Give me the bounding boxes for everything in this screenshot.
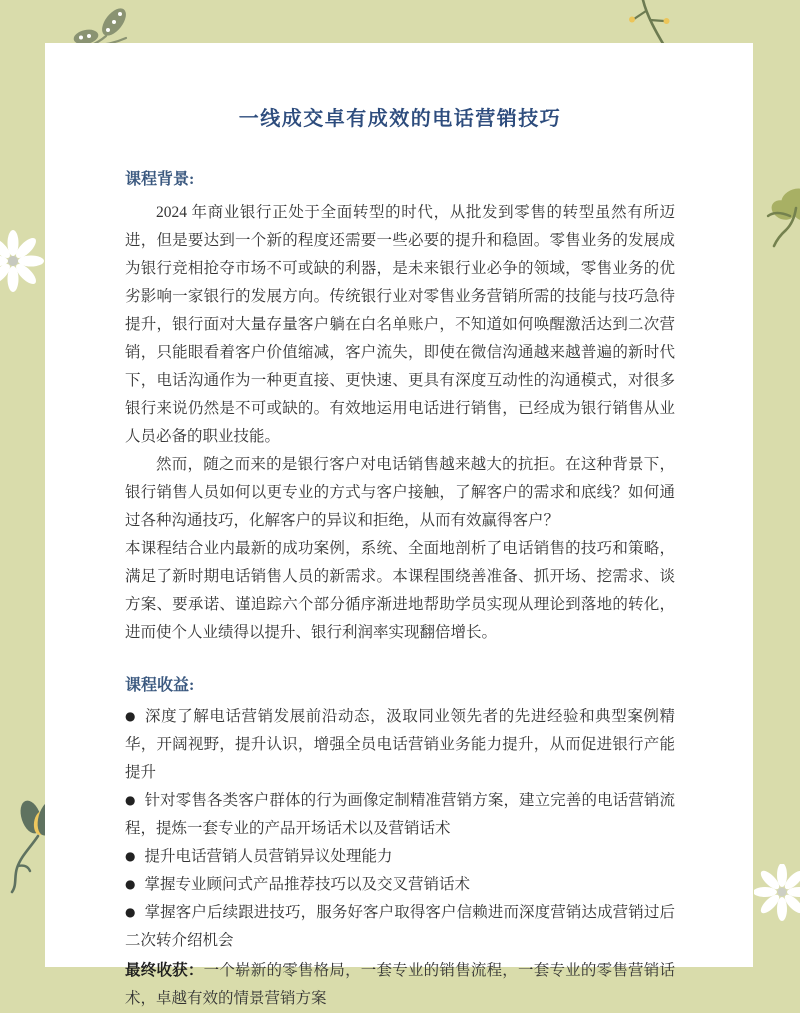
bullet-dot-icon: ● <box>125 849 135 863</box>
benefit-item-text: 深度了解电话营销发展前沿动态，汲取同业领先者的先进经验和典型案例精华，开阔视野，… <box>125 708 675 781</box>
final-gains-text: 一个崭新的零售格局，一套专业的销售流程，一套专业的零售营销话术，卓越有效的情景营… <box>125 962 675 1007</box>
benefit-item: ●掌握客户后续跟进技巧，服务好客户取得客户信赖进而深度营销达成营销过后二次转介绍… <box>125 899 675 955</box>
section-course-benefits: 课程收益: ●深度了解电话营销发展前沿动态，汲取同业领先者的先进经验和典型案例精… <box>125 675 675 1013</box>
benefit-item: ●提升电话营销人员营销异议处理能力 <box>125 843 675 871</box>
course-background-heading: 课程背景: <box>125 169 675 191</box>
white-daisy-icon <box>0 230 44 292</box>
course-benefits-heading: 课程收益: <box>125 675 675 697</box>
section-course-background: 课程背景: 2024 年商业银行正处于全面转型的时代，从批发到零售的转型虽然有所… <box>125 169 675 647</box>
benefit-item-text: 提升电话营销人员营销异议处理能力 <box>144 848 392 865</box>
background-paragraph: 2024 年商业银行正处于全面转型的时代，从批发到零售的转型虽然有所迈进，但是要… <box>125 199 675 451</box>
benefit-item-text: 针对零售各类客户群体的行为画像定制精准营销方案，建立完善的电话营销流程，提炼一套… <box>125 792 675 837</box>
benefits-bullet-list: ●深度了解电话营销发展前沿动态，汲取同业领先者的先进经验和典型案例精华，开阔视野… <box>125 703 675 955</box>
background-paragraph: 本课程结合业内最新的成功案例，系统、全面地剖析了电话销售的技巧和策略，满足了新时… <box>125 535 675 647</box>
document-card: 一线成交卓有成效的电话营销技巧 课程背景: 2024 年商业银行正处于全面转型的… <box>45 43 753 967</box>
page-background: { "page": { "title": "一线成交卓有成效的电话营销技巧" }… <box>0 0 800 1013</box>
benefit-item-text: 掌握客户后续跟进技巧，服务好客户取得客户信赖进而深度营销达成营销过后二次转介绍机… <box>125 904 675 949</box>
background-paragraph: 然而，随之而来的是银行客户对电话销售越来越大的抗拒。在这种背景下，银行销售人员如… <box>125 451 675 535</box>
document-content: 一线成交卓有成效的电话营销技巧 课程背景: 2024 年商业银行正处于全面转型的… <box>45 43 753 1013</box>
green-blossom-icon <box>756 178 800 250</box>
benefit-item: ●深度了解电话营销发展前沿动态，汲取同业领先者的先进经验和典型案例精华，开阔视野… <box>125 703 675 787</box>
bullet-dot-icon: ● <box>125 709 136 723</box>
white-daisy-icon <box>754 864 800 926</box>
final-gains-label: 最终收获： <box>125 962 204 979</box>
benefit-item: ●针对零售各类客户群体的行为画像定制精准营销方案，建立完善的电话营销流程，提炼一… <box>125 787 675 843</box>
page-title: 一线成交卓有成效的电话营销技巧 <box>125 105 675 133</box>
benefit-item: ●掌握专业顾问式产品推荐技巧以及交叉营销话术 <box>125 871 675 899</box>
bullet-dot-icon: ● <box>125 905 136 919</box>
bullet-dot-icon: ● <box>125 793 136 807</box>
bullet-dot-icon: ● <box>125 877 135 891</box>
final-gains-line: 最终收获：一个崭新的零售格局，一套专业的销售流程，一套专业的零售营销话术，卓越有… <box>125 957 675 1013</box>
benefit-item-text: 掌握专业顾问式产品推荐技巧以及交叉营销话术 <box>144 876 470 893</box>
